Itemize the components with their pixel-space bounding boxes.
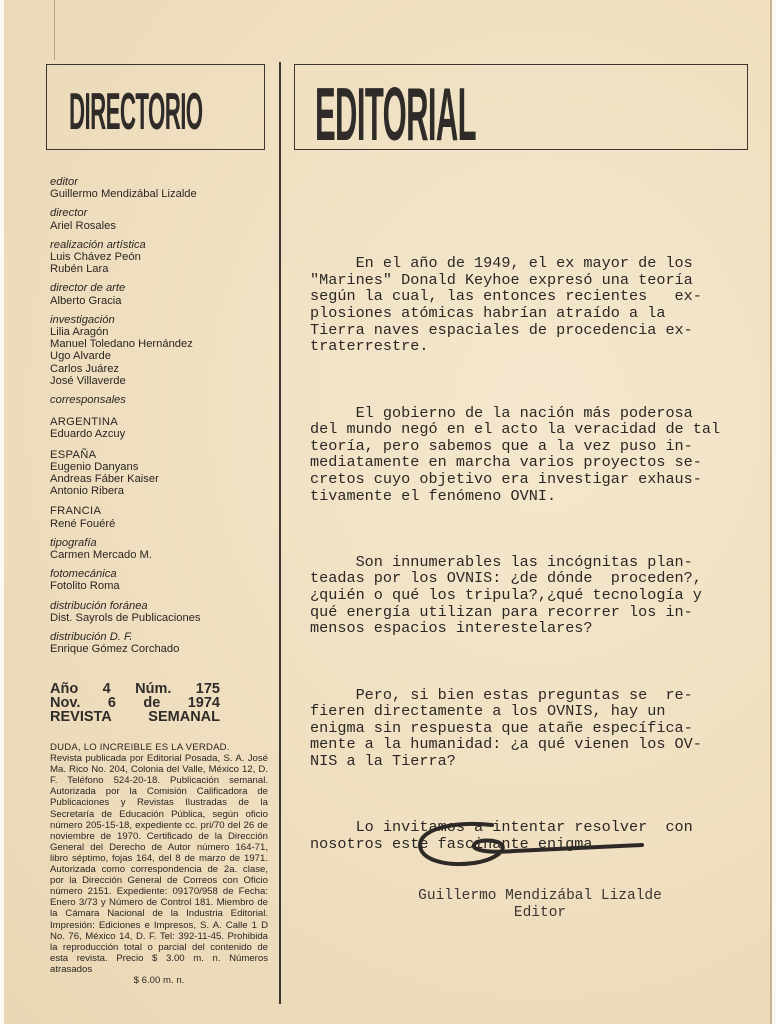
staff-name: Luis Chávez Peón — [50, 251, 265, 263]
issue-frequency-row: REVISTA SEMANAL — [50, 710, 220, 724]
editorial-text: En el año de 1949, el ex mayor de los "M… — [310, 222, 742, 902]
staff-name: Carlos Juárez — [50, 363, 265, 375]
issue-year-label: Año — [50, 682, 78, 696]
staff-list: editorGuillermo Mendizábal Lizaldedirect… — [50, 176, 265, 387]
legal-back-issue-price: $ 6.00 m. n. — [50, 975, 268, 986]
staff-name: Manuel Toledano Hernández — [50, 338, 265, 350]
magazine-page: DIRECTORIO EDITORIAL editorGuillermo Men… — [4, 0, 772, 1024]
correspondent-name: René Fouéré — [50, 518, 265, 530]
correspondents-list: ARGENTINAEduardo AzcuyESPAÑAEugenio Dany… — [50, 416, 265, 530]
editorial-paragraph: Pero, si bien estas preguntas se re- fie… — [310, 687, 742, 770]
production-staff-list: tipografíaCarmen Mercado M.fotomecánicaF… — [50, 537, 265, 656]
staff-role: director — [50, 207, 265, 219]
staff-name: Enrique Gómez Corchado — [50, 643, 265, 655]
correspondent-name: Eugenio Danyans — [50, 461, 265, 473]
issue-month: Nov. — [50, 696, 80, 710]
staff-role: tipografía — [50, 537, 265, 549]
staff-role: investigación — [50, 314, 265, 326]
issue-date-de: de — [143, 696, 160, 710]
staff-role: editor — [50, 176, 265, 188]
page-fold-line — [54, 0, 55, 60]
staff-name: Alberto Gracia — [50, 295, 265, 307]
staff-name: Rubén Lara — [50, 263, 265, 275]
editorial-paragraph: Son innumerables las incógnitas plan- te… — [310, 554, 742, 637]
issue-number: 175 — [196, 682, 220, 696]
editorial-title-box: EDITORIAL — [294, 64, 748, 150]
staff-role: realización artística — [50, 239, 265, 251]
legal-heading: DUDA, LO INCREIBLE ES LA VERDAD. — [50, 742, 268, 753]
staff-name: Ariel Rosales — [50, 220, 265, 232]
staff-name: Carmen Mercado M. — [50, 549, 265, 561]
correspondent-name: Andreas Fáber Kaiser — [50, 473, 265, 485]
issue-date-row: Nov. 6 de 1974 — [50, 696, 220, 710]
issue-type: REVISTA — [50, 710, 112, 724]
correspondent-country: ARGENTINA — [50, 416, 265, 428]
column-divider — [279, 62, 281, 1004]
signer-title: Editor — [400, 905, 680, 922]
issue-number-row: Año 4 Núm. 175 — [50, 682, 220, 696]
issue-frequency: SEMANAL — [148, 710, 220, 724]
issue-date-year: 1974 — [188, 696, 220, 710]
legal-body: Revista publicada por Editorial Posada, … — [50, 753, 268, 975]
issue-year: 4 — [103, 682, 111, 696]
staff-directory: editorGuillermo Mendizábal Lizaldedirect… — [50, 176, 265, 656]
correspondent-name: Antonio Ribera — [50, 485, 265, 497]
legal-notice: DUDA, LO INCREIBLE ES LA VERDAD. Revista… — [50, 742, 268, 986]
issue-number-label: Núm. — [135, 682, 171, 696]
directory-title: DIRECTORIO — [69, 81, 203, 142]
signature-block: Guillermo Mendizábal Lizalde Editor — [400, 888, 680, 921]
signer-name: Guillermo Mendizábal Lizalde — [400, 888, 680, 905]
staff-name: Ugo Alvarde — [50, 350, 265, 362]
editorial-paragraph: El gobierno de la nación más poderosa de… — [310, 405, 742, 505]
correspondent-country: ESPAÑA — [50, 449, 265, 461]
signature-icon — [414, 815, 654, 875]
staff-role: distribución D. F. — [50, 631, 265, 643]
staff-role: director de arte — [50, 282, 265, 294]
editorial-title: EDITORIAL — [315, 71, 476, 158]
directory-title-box: DIRECTORIO — [46, 64, 265, 150]
issue-day: 6 — [108, 696, 116, 710]
correspondent-country: FRANCIA — [50, 505, 265, 517]
staff-role: fotomecánica — [50, 568, 265, 580]
staff-name: Dist. Sayrols de Publicaciones — [50, 612, 265, 624]
staff-name: Fotolito Roma — [50, 580, 265, 592]
staff-name: José Villaverde — [50, 375, 265, 387]
correspondents-label: corresponsales — [50, 394, 265, 406]
staff-role: distribución foránea — [50, 600, 265, 612]
staff-name: Lilia Aragón — [50, 326, 265, 338]
correspondent-name: Eduardo Azcuy — [50, 428, 265, 440]
issue-info: Año 4 Núm. 175 Nov. 6 de 1974 REVISTA SE… — [50, 682, 220, 724]
staff-name: Guillermo Mendizábal Lizalde — [50, 188, 265, 200]
editorial-paragraph: En el año de 1949, el ex mayor de los "M… — [310, 255, 742, 355]
